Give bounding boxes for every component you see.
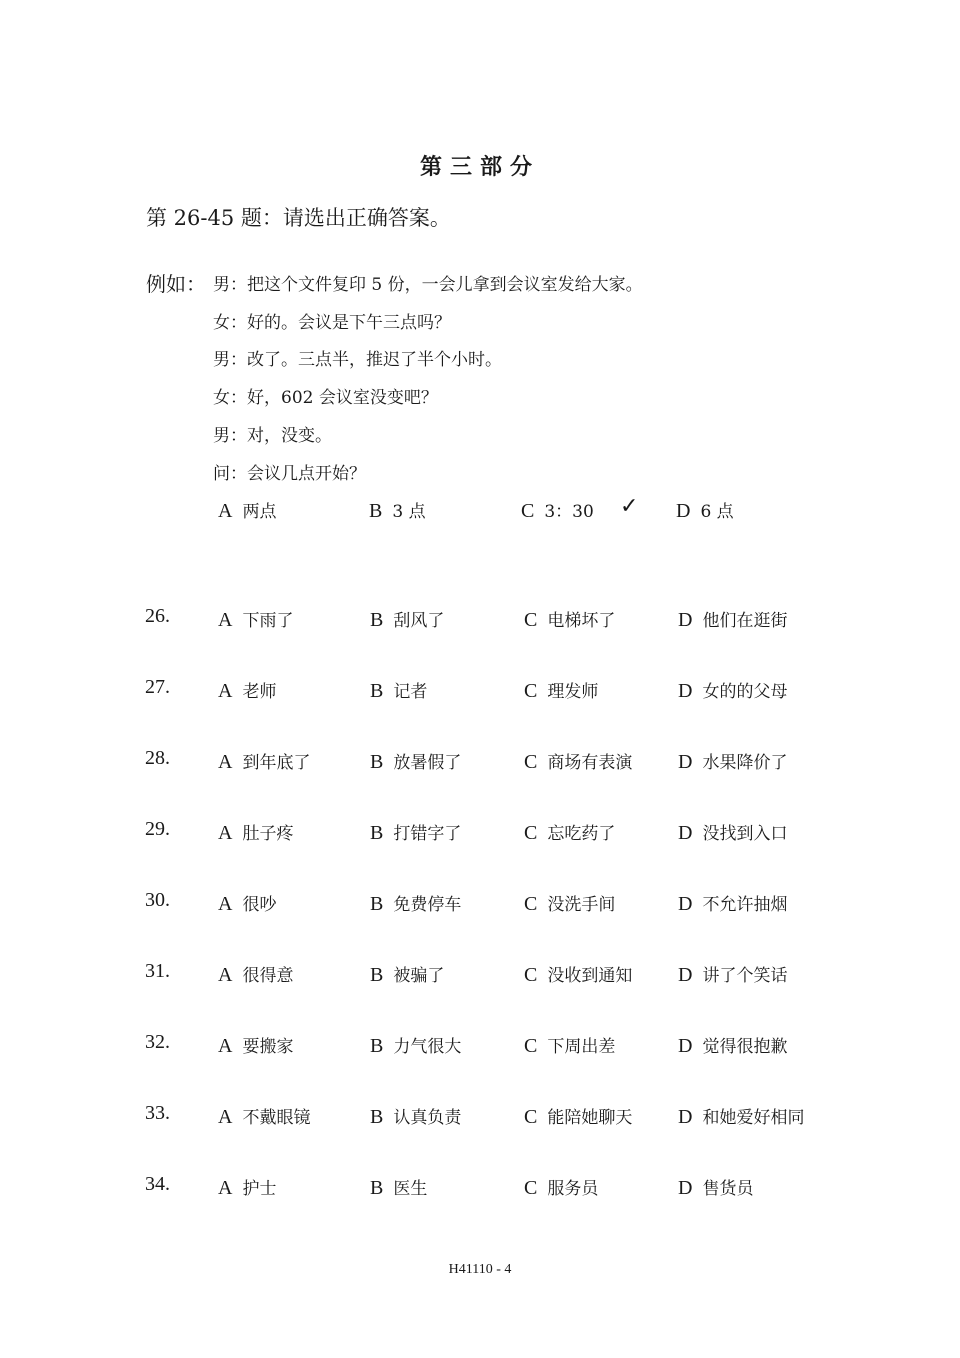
option-letter: C <box>524 822 537 844</box>
question-option-d: D和她爱好相同 <box>678 1103 804 1129</box>
question-option-c: C理发师 <box>524 677 598 703</box>
option-text: 服务员 <box>547 1179 598 1199</box>
option-text: 忘吃药了 <box>547 824 615 844</box>
question-number: 29. <box>145 818 170 841</box>
option-text: 放暑假了 <box>393 753 461 773</box>
option-letter: C <box>524 751 537 773</box>
option-text: 商场有表演 <box>547 753 632 773</box>
question-number: 33. <box>145 1102 170 1125</box>
question-option-b: B被骗了 <box>370 961 444 987</box>
option-letter: C <box>524 964 537 986</box>
dialog-line: 女：好，602 会议室没变吧？ <box>213 383 438 408</box>
option-letter: D <box>678 893 692 915</box>
option-letter: A <box>218 1035 232 1057</box>
option-text: 没找到入口 <box>702 824 787 844</box>
question-option-a: A下雨了 <box>218 606 293 632</box>
question-option-a: A老师 <box>218 677 276 703</box>
option-letter: A <box>218 680 232 702</box>
question-number: 28. <box>145 747 170 770</box>
question-option-c: C能陪她聊天 <box>524 1103 632 1129</box>
question-option-c: C忘吃药了 <box>524 819 615 845</box>
option-letter: C <box>524 1035 537 1057</box>
question-option-a: A很吵 <box>218 890 276 916</box>
option-letter: C <box>524 680 537 702</box>
option-letter: B <box>369 500 382 522</box>
option-text: 很得意 <box>242 966 293 986</box>
question-option-b: B打错字了 <box>370 819 461 845</box>
example-label: 例如： <box>146 268 206 297</box>
option-letter: D <box>678 964 692 986</box>
question-number: 32. <box>145 1031 170 1054</box>
option-letter: B <box>370 1106 383 1128</box>
option-text: 能陪她聊天 <box>547 1108 632 1128</box>
question-option-d: D不允许抽烟 <box>678 890 787 916</box>
checkmark-icon: ✓ <box>620 494 638 519</box>
option-text: 力气很大 <box>393 1037 461 1057</box>
option-text: 讲了个笑话 <box>702 966 787 986</box>
option-text: 老师 <box>242 682 276 702</box>
option-text: 售货员 <box>702 1179 753 1199</box>
option-letter: D <box>678 1177 692 1199</box>
option-letter: A <box>218 822 232 844</box>
option-letter: D <box>678 822 692 844</box>
option-text: 很吵 <box>242 895 276 915</box>
example-question: 问：会议几点开始？ <box>213 459 366 484</box>
option-text: 他们在逛街 <box>702 611 787 631</box>
option-letter: A <box>218 964 232 986</box>
option-text: 觉得很抱歉 <box>702 1037 787 1057</box>
option-letter: D <box>678 1035 692 1057</box>
option-letter: B <box>370 893 383 915</box>
question-option-d: D水果降价了 <box>678 748 787 774</box>
option-letter: A <box>218 1106 232 1128</box>
option-letter: C <box>524 1106 537 1128</box>
question-option-a: A要搬家 <box>218 1032 293 1058</box>
question-option-a: A到年底了 <box>218 748 310 774</box>
option-text: 和她爱好相同 <box>702 1108 804 1128</box>
question-option-c: C服务员 <box>524 1174 598 1200</box>
question-option-b: B刮风了 <box>370 606 444 632</box>
question-number: 26. <box>145 605 170 628</box>
dialog-line: 男：把这个文件复印 5 份，一会儿拿到会议室发给大家。 <box>213 270 643 295</box>
option-letter: C <box>524 609 537 631</box>
option-letter: B <box>370 751 383 773</box>
option-text: 要搬家 <box>242 1037 293 1057</box>
question-option-d: D讲了个笑话 <box>678 961 787 987</box>
option-letter: A <box>218 893 232 915</box>
option-text: 没收到通知 <box>547 966 632 986</box>
option-letter: D <box>678 1106 692 1128</box>
option-text: 3：30 <box>544 502 593 522</box>
question-number: 30. <box>145 889 170 912</box>
example-option-c: C3：30 <box>521 497 594 523</box>
question-option-a: A肚子疼 <box>218 819 293 845</box>
question-option-b: B力气很大 <box>370 1032 461 1058</box>
option-text: 刮风了 <box>393 611 444 631</box>
option-letter: A <box>218 751 232 773</box>
option-letter: B <box>370 680 383 702</box>
option-text: 下周出差 <box>547 1037 615 1057</box>
question-option-a: A不戴眼镜 <box>218 1103 310 1129</box>
option-letter: D <box>678 609 692 631</box>
option-letter: C <box>521 500 534 522</box>
option-text: 3 点 <box>392 502 425 522</box>
option-text: 认真负责 <box>393 1108 461 1128</box>
question-number: 34. <box>145 1173 170 1196</box>
option-text: 肚子疼 <box>242 824 293 844</box>
question-option-c: C商场有表演 <box>524 748 632 774</box>
option-letter: C <box>524 893 537 915</box>
option-letter: A <box>218 609 232 631</box>
option-text: 水果降价了 <box>702 753 787 773</box>
option-text: 医生 <box>393 1179 427 1199</box>
option-text: 下雨了 <box>242 611 293 631</box>
question-number: 27. <box>145 676 170 699</box>
option-letter: C <box>524 1177 537 1199</box>
question-option-b: B记者 <box>370 677 427 703</box>
option-letter: B <box>370 1177 383 1199</box>
question-option-a: A护士 <box>218 1174 276 1200</box>
question-option-c: C没收到通知 <box>524 961 632 987</box>
example-option-d: D6 点 <box>676 497 734 523</box>
option-letter: A <box>218 500 232 522</box>
option-text: 打错字了 <box>393 824 461 844</box>
option-text: 不戴眼镜 <box>242 1108 310 1128</box>
dialog-line: 男：对，没变。 <box>213 421 332 446</box>
question-option-d: D他们在逛街 <box>678 606 787 632</box>
question-option-b: B医生 <box>370 1174 427 1200</box>
option-text: 两点 <box>242 502 276 522</box>
question-option-a: A很得意 <box>218 961 293 987</box>
option-text: 护士 <box>242 1179 276 1199</box>
example-option-b: B3 点 <box>369 497 426 523</box>
option-text: 女的的父母 <box>702 682 787 702</box>
option-letter: D <box>676 500 690 522</box>
option-letter: B <box>370 822 383 844</box>
question-number: 31. <box>145 960 170 983</box>
option-text: 到年底了 <box>242 753 310 773</box>
question-option-c: C电梯坏了 <box>524 606 615 632</box>
option-text: 被骗了 <box>393 966 444 986</box>
dialog-line: 男：改了。三点半，推迟了半个小时。 <box>213 345 502 370</box>
example-option-a: A两点 <box>218 497 276 523</box>
question-option-c: C下周出差 <box>524 1032 615 1058</box>
question-option-b: B免费停车 <box>370 890 461 916</box>
dialog-line: 女：好的。会议是下午三点吗？ <box>213 308 451 333</box>
option-text: 不允许抽烟 <box>702 895 787 915</box>
option-text: 6 点 <box>700 502 733 522</box>
question-option-d: D售货员 <box>678 1174 753 1200</box>
page-footer: H41110 - 4 <box>0 1262 960 1278</box>
option-letter: B <box>370 1035 383 1057</box>
option-text: 记者 <box>393 682 427 702</box>
option-text: 理发师 <box>547 682 598 702</box>
option-letter: D <box>678 751 692 773</box>
instruction-text: 第 26-45 题：请选出正确答案。 <box>146 202 451 232</box>
option-letter: A <box>218 1177 232 1199</box>
option-letter: D <box>678 680 692 702</box>
question-option-d: D没找到入口 <box>678 819 787 845</box>
question-option-b: B放暑假了 <box>370 748 461 774</box>
question-option-c: C没洗手间 <box>524 890 615 916</box>
exam-page: 第三部分 第 26-45 题：请选出正确答案。 例如： 男：把这个文件复印 5 … <box>0 0 960 1358</box>
option-letter: B <box>370 964 383 986</box>
section-title: 第三部分 <box>0 150 960 181</box>
option-text: 免费停车 <box>393 895 461 915</box>
option-text: 电梯坏了 <box>547 611 615 631</box>
question-option-d: D觉得很抱歉 <box>678 1032 787 1058</box>
question-option-d: D女的的父母 <box>678 677 787 703</box>
option-text: 没洗手间 <box>547 895 615 915</box>
question-option-b: B认真负责 <box>370 1103 461 1129</box>
option-letter: B <box>370 609 383 631</box>
